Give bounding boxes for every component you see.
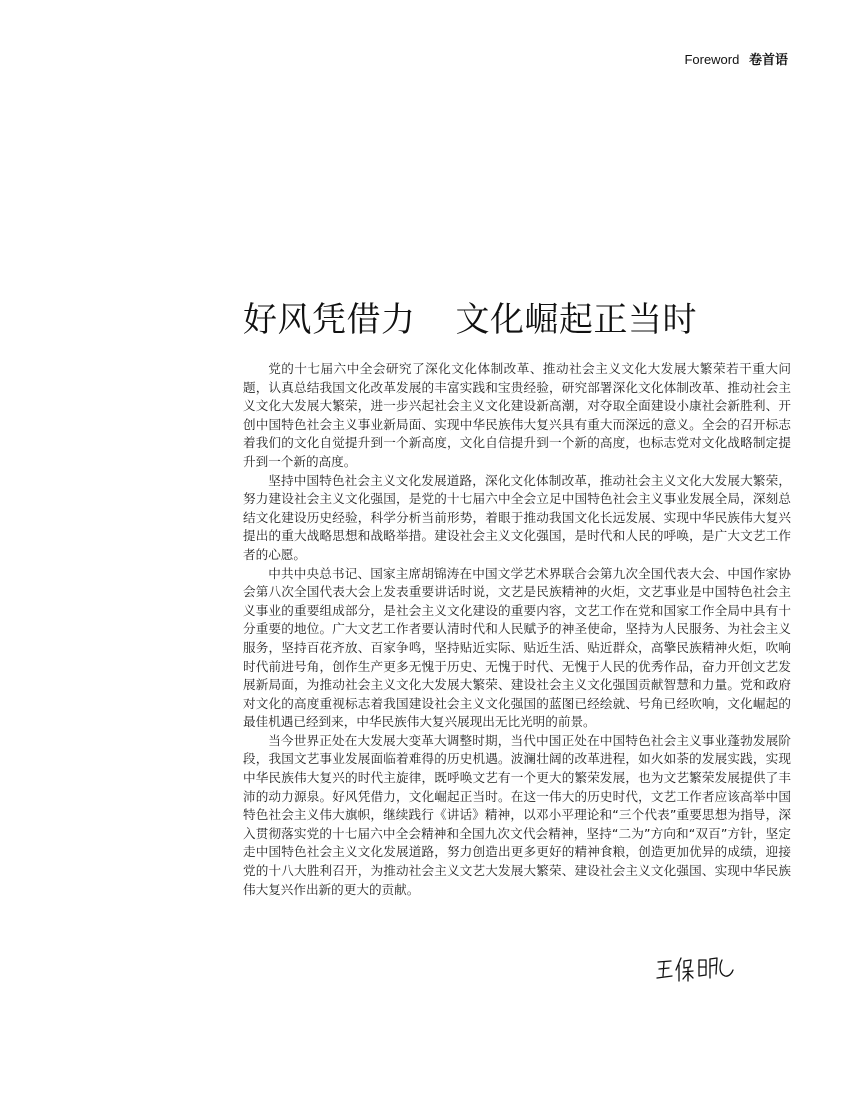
- paragraph-1: 党的十七届六中全会研究了深化文化体制改革、推动社会主义文化大发展大繁荣若干重大问…: [243, 360, 791, 472]
- running-head: Foreword 卷首语: [684, 49, 788, 68]
- title-part-1: 好风凭借力: [243, 300, 416, 340]
- paragraph-4: 当今世界正处在大发展大变革大调整时期，当代中国正处在中国特色社会主义事业蓬勃发展…: [243, 732, 791, 899]
- article-body: 党的十七届六中全会研究了深化文化体制改革、推动社会主义文化大发展大繁荣若干重大问…: [243, 360, 791, 899]
- running-head-english: Foreword: [684, 52, 739, 67]
- paragraph-3: 中共中央总书记、国家主席胡锦涛在中国文学艺术界联合会第九次全国代表大会、中国作家…: [243, 565, 791, 732]
- paragraph-2: 坚持中国特色社会主义文化发展道路，深化文化体制改革，推动社会主义文化大发展大繁荣…: [243, 472, 791, 565]
- running-head-chinese: 卷首语: [749, 52, 788, 67]
- title-part-2: 文化崛起正当时: [456, 300, 698, 340]
- article-title: 好风凭借力文化崛起正当时: [243, 292, 697, 341]
- signature-icon: [655, 952, 735, 988]
